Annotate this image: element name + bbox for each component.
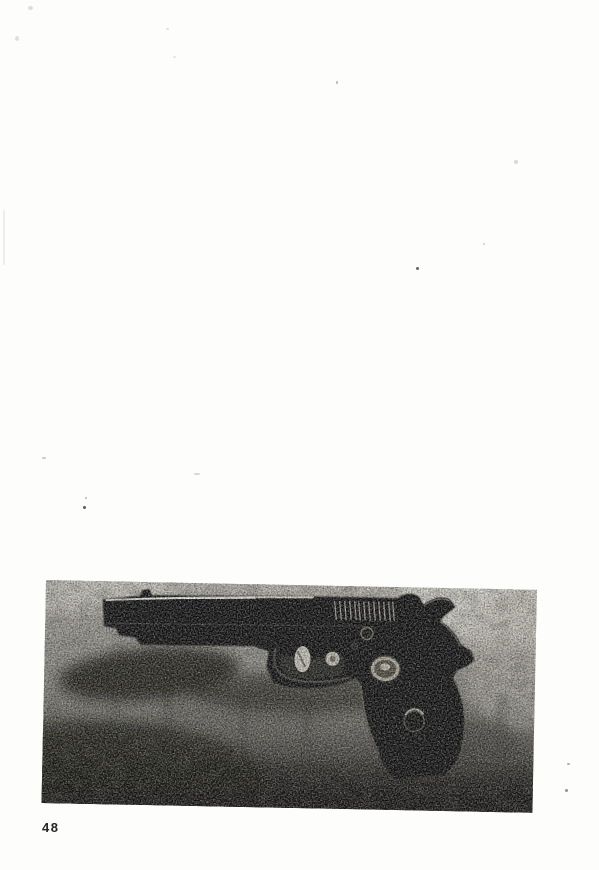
scan-speck	[565, 789, 568, 792]
scan-speck	[15, 36, 19, 41]
scan-speck	[336, 81, 338, 84]
scan-speck	[83, 506, 86, 509]
pistol-photograph	[42, 580, 537, 813]
scan-speck	[3, 210, 5, 265]
scan-speck	[28, 6, 33, 10]
halftone-grain	[42, 580, 537, 813]
page-number: 48	[42, 820, 59, 835]
scan-speck	[166, 28, 169, 30]
scan-speck	[567, 763, 570, 765]
pistol-photo-canvas	[42, 580, 537, 813]
scan-speck	[416, 267, 419, 270]
scan-speck	[514, 160, 518, 164]
scan-speck	[194, 473, 200, 475]
scan-speck	[173, 56, 176, 58]
scan-speck	[85, 497, 87, 499]
scanned-page: 48	[0, 0, 599, 870]
scan-speck	[483, 243, 485, 245]
scan-speck	[42, 457, 46, 459]
